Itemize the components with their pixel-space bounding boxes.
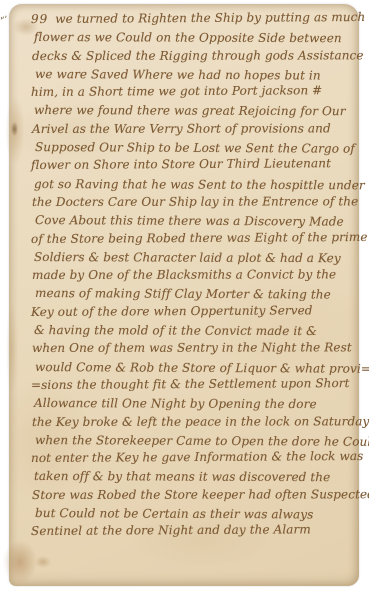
manuscript-line: Sentinel at the dore Night and day the A…	[31, 520, 349, 540]
page-background: ”’ 99we turned to Righten the Ship by pu…	[0, 0, 369, 600]
paper-stain	[3, 540, 37, 584]
manuscript-line: Arivel as the Ware Verry Short of provis…	[32, 119, 350, 138]
manuscript-text: 99we turned to Righten the Ship by putti…	[31, 10, 349, 541]
manuscript-line: flower as we Could on the Opposite Side …	[34, 28, 352, 48]
manuscript-line: of the Store being Robed there was Eight…	[31, 228, 349, 248]
manuscript-line: when One of them was Sentry in the Night…	[32, 339, 350, 358]
manuscript-line: him, in a Short time we got into Port ja…	[31, 81, 349, 101]
manuscript-line: made by One of the Blacksmiths a Convict…	[32, 265, 350, 284]
manuscript-line: flower on Shore into Store Our Third Lie…	[31, 154, 349, 174]
manuscript-line: Store was Robed the Store keeper had oft…	[32, 485, 350, 504]
manuscript-line: the Key broke & left the peace in the lo…	[32, 412, 350, 431]
manuscript-line: Allowance till One Night by Opening the …	[34, 394, 352, 414]
manuscript-line: the Docters Care Our Ship lay in the Ent…	[32, 192, 350, 211]
manuscript-line: got so Raving that he was Sent to the ho…	[34, 175, 352, 195]
manuscript-line: Key out of the dore when Oppertunity Ser…	[31, 301, 349, 321]
manuscript-lines: flower as we Could on the Opposite Side …	[31, 28, 349, 540]
manuscript-page: 99we turned to Righten the Ship by putti…	[9, 4, 359, 586]
manuscript-line: =sions the thought fit & the Settlement …	[31, 374, 349, 394]
manuscript-line-text: we turned to Righten the Ship by putting…	[55, 10, 365, 26]
paper-stain	[6, 304, 18, 394]
manuscript-line: not enter the Key he gave Information & …	[31, 447, 349, 467]
manuscript-line: where we found there was great Rejoicing…	[34, 101, 352, 121]
manuscript-line: 99we turned to Righten the Ship by putti…	[31, 8, 349, 28]
paper-stain	[35, 556, 51, 568]
manuscript-line: decks & Spliced the Rigging through gods…	[32, 46, 350, 65]
manuscript-line: taken off & by that means it was discove…	[34, 467, 352, 487]
ink-spot	[11, 122, 18, 136]
page-number: 99	[31, 12, 48, 26]
paper-stain	[5, 96, 25, 166]
